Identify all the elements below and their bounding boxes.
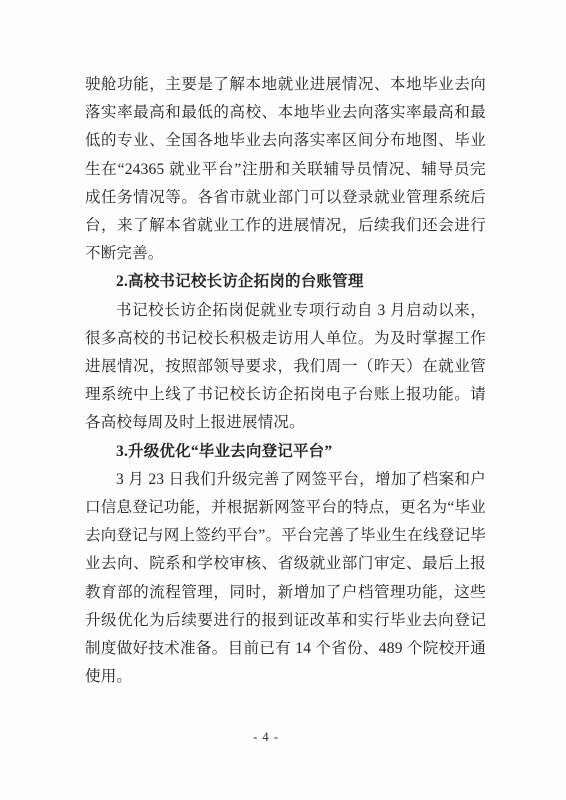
- section-heading-2-ledger-management: 2.高校书记校长访企拓岗的台账管理: [85, 268, 486, 296]
- paragraph-platform-upgrade: 3 月 23 日我们升级完善了网签平台，增加了档案和户口信息登记功能，并根据新网…: [85, 466, 486, 692]
- page-number: - 4 -: [0, 729, 532, 745]
- paragraph-ledger-management: 书记校长访企拓岗促就业专项行动自 3 月启动以来，很多高校的书记校长积极走访用人…: [85, 297, 486, 438]
- paragraph-cockpit-function: 驶舱功能，主要是了解本地就业进展情况、本地毕业去向落实率最高和最低的高校、本地毕…: [85, 71, 486, 268]
- document-body: 驶舱功能，主要是了解本地就业进展情况、本地毕业去向落实率最高和最低的高校、本地毕…: [85, 71, 486, 691]
- section-heading-3-platform-upgrade: 3.升级优化“毕业去向登记平台”: [85, 438, 486, 466]
- document-page: 驶舱功能，主要是了解本地就业进展情况、本地毕业去向落实率最高和最低的高校、本地毕…: [0, 0, 566, 800]
